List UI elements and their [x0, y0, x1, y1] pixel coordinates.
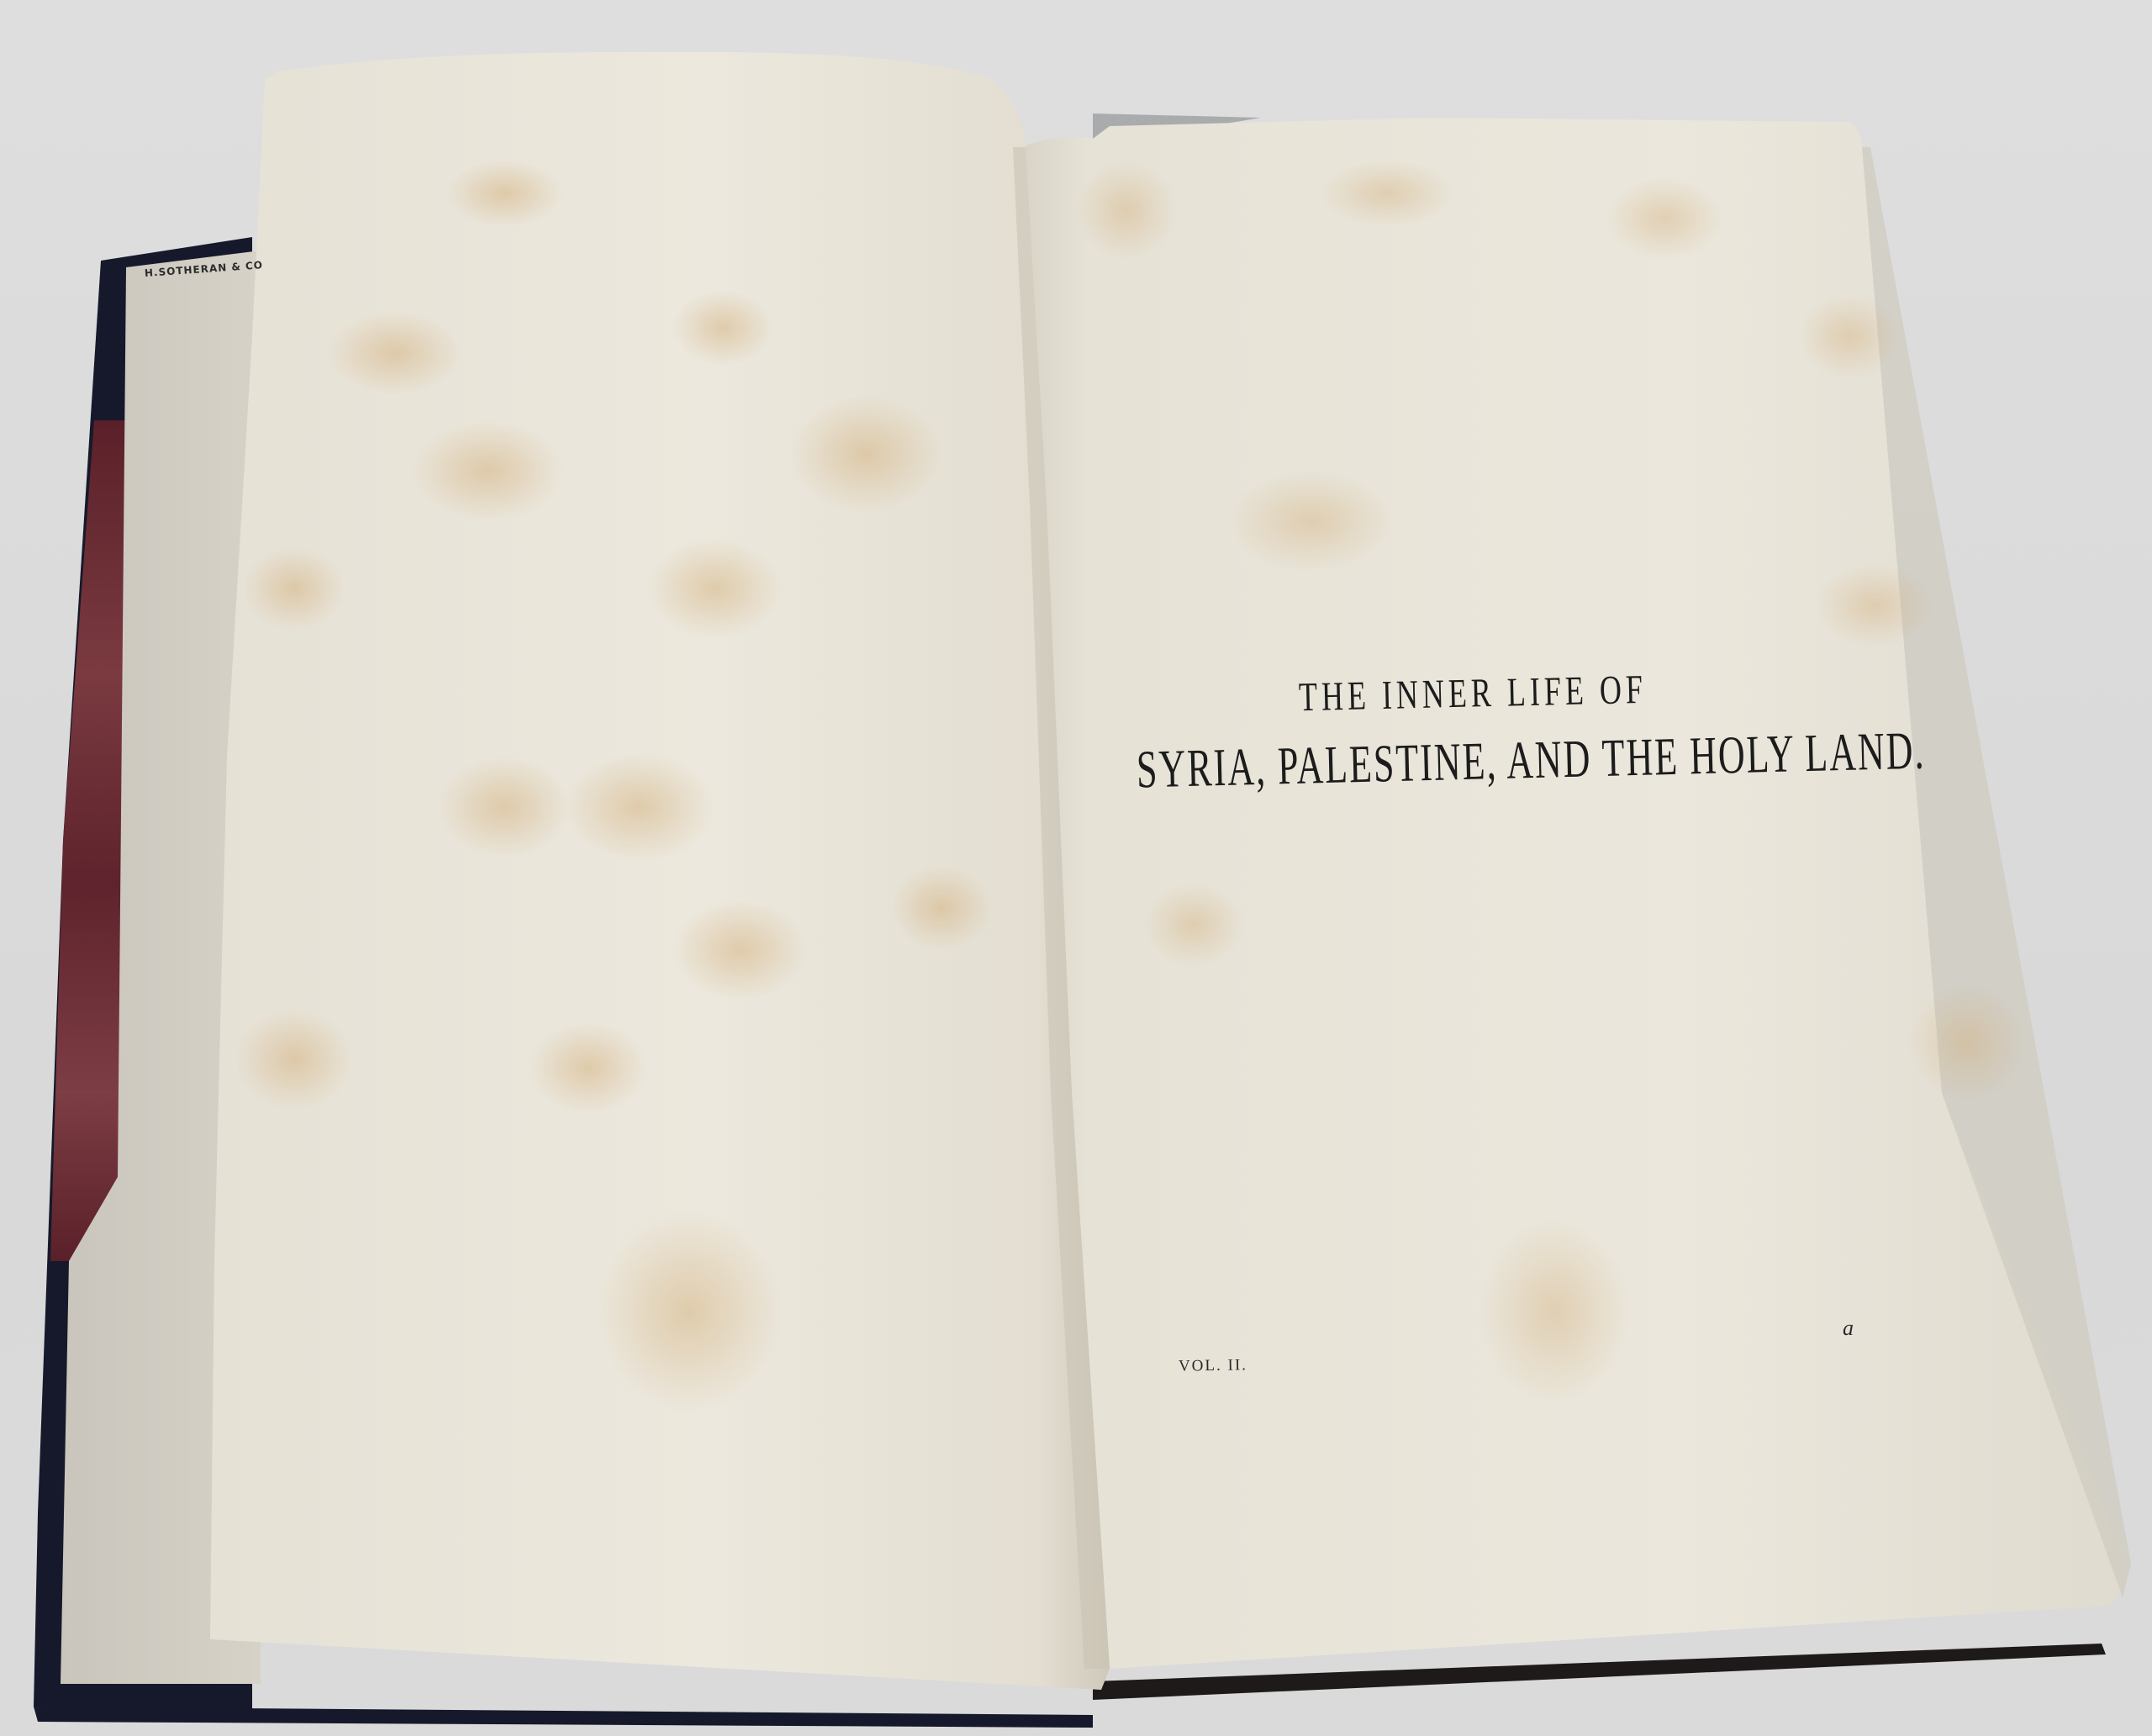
- left-page: [210, 52, 1110, 1690]
- marbled-cover-section: [50, 420, 126, 1261]
- signature-mark: a: [1843, 1316, 1854, 1341]
- half-title-line-1: THE INNER LIFE OF: [1298, 665, 1647, 720]
- volume-label: VOL. II.: [1179, 1356, 1247, 1375]
- book-photo: [0, 0, 2152, 1736]
